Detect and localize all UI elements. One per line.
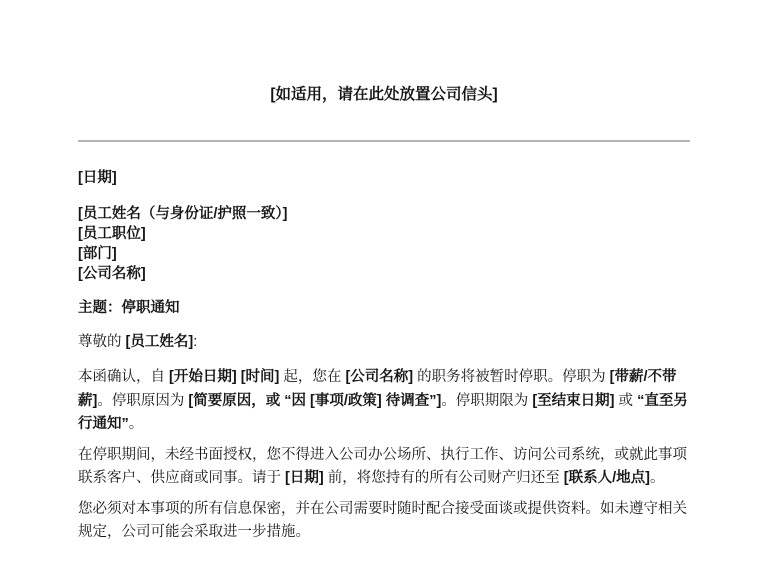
placeholder-field: [公司名称] xyxy=(345,369,413,385)
placeholder-field: [至结束日期] xyxy=(532,393,614,409)
text-run: 本函确认，自 xyxy=(78,369,169,385)
letterhead-divider xyxy=(78,140,690,142)
recipient-block: [员工姓名（与身份证/护照一致）] [员工职位] [部门] [公司名称] xyxy=(78,204,690,284)
text-run: 。 xyxy=(650,470,665,486)
placeholder-field: [日期] xyxy=(285,470,324,486)
subject-line: 主题：停职通知 xyxy=(78,298,690,318)
placeholder-field: [员工姓名] xyxy=(126,334,194,350)
body-paragraph-restrictions: 在停职期间，未经书面授权，您不得进入公司办公场所、执行工作、访问公司系统，或就此… xyxy=(78,444,690,491)
document-page: [如适用，请在此处放置公司信头] [日期] [员工姓名（与身份证/护照一致）] … xyxy=(0,0,768,574)
text-run: 。 xyxy=(129,416,144,432)
salutation: 尊敬的 [员工姓名]: xyxy=(78,332,690,352)
placeholder-field: [简要原因，或 “因 [事项/政策] 待调查”] xyxy=(188,393,441,409)
letterhead-placeholder: [如适用，请在此处放置公司信头] xyxy=(78,86,690,104)
body-paragraph-suspension-terms: 本函确认，自 [开始日期] [时间] 起，您在 [公司名称] 的职务将被暂时停职… xyxy=(78,366,690,437)
placeholder-field: [联系人/地点] xyxy=(564,470,650,486)
text-run: 前，将您持有的所有公司财产归还至 xyxy=(324,470,564,486)
text-run: 的职务将被暂时停职。停职为 xyxy=(413,369,610,385)
recipient-company-line: [公司名称] xyxy=(78,264,690,284)
text-run: 您必须对本事项的所有信息保密，并在公司需要时随时配合接受面谈或提供资料。如未遵守… xyxy=(78,501,687,541)
recipient-name-line: [员工姓名（与身份证/护照一致）] xyxy=(78,204,690,224)
recipient-title-line: [员工职位] xyxy=(78,224,690,244)
placeholder-field: [开始日期] [时间] xyxy=(169,369,279,385)
text-run: : xyxy=(193,334,197,350)
body-paragraph-confidentiality: 您必须对本事项的所有信息保密，并在公司需要时随时配合接受面谈或提供资料。如未遵守… xyxy=(78,498,690,545)
date-line: [日期] xyxy=(78,168,690,188)
text-run: 。停职原因为 xyxy=(97,393,188,409)
text-run: 或 xyxy=(615,393,638,409)
text-run: 。停职期限为 xyxy=(441,393,532,409)
text-run: 尊敬的 xyxy=(78,334,126,350)
text-run: 起，您在 xyxy=(279,369,345,385)
recipient-department-line: [部门] xyxy=(78,244,690,264)
